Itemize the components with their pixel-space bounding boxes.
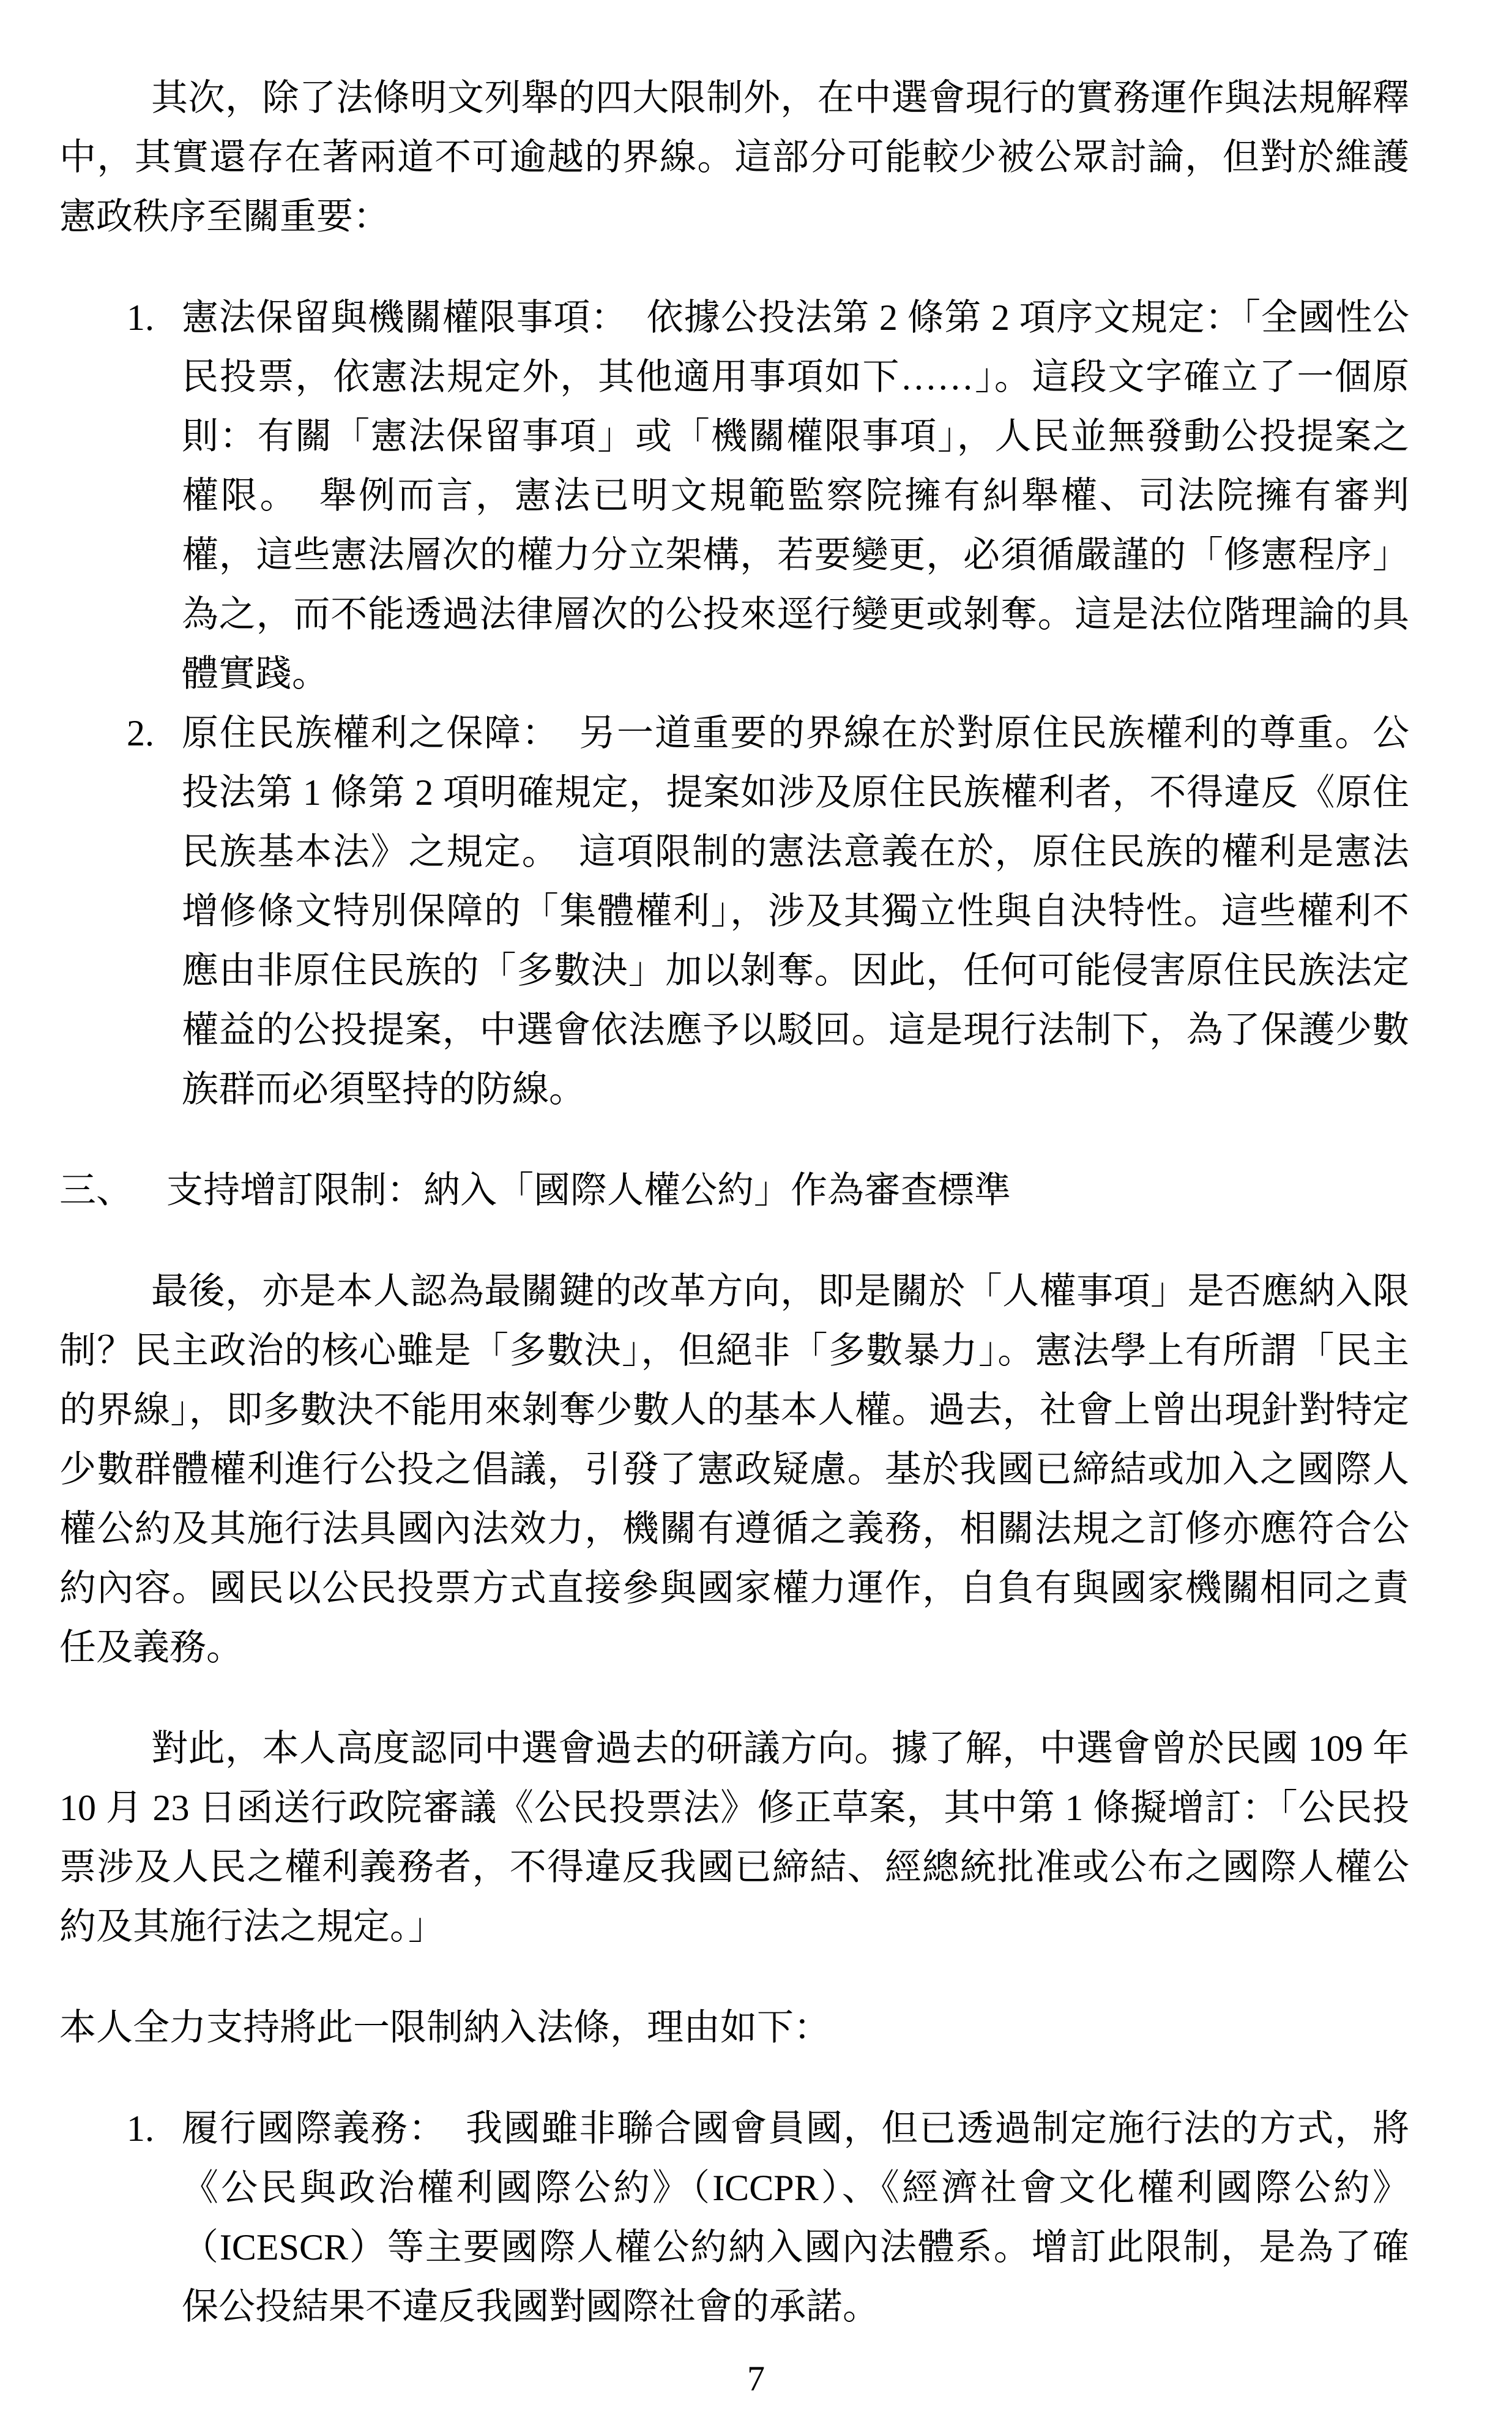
list-item-constitutional-reservation: 1. 憲法保留與機關權限事項： 依據公投法第 2 條第 2 項序文規定：「全國性… bbox=[59, 288, 1409, 704]
list-item-text: 原住民族權利之保障： 另一道重要的界線在於對原住民族權利的尊重。公投法第 1 條… bbox=[182, 713, 1409, 1110]
list-marker: 1. bbox=[127, 288, 154, 348]
constitutional-limits-list: 1. 憲法保留與機關權限事項： 依據公投法第 2 條第 2 項序文規定：「全國性… bbox=[59, 288, 1409, 1119]
list-item-indigenous-rights: 2. 原住民族權利之保障： 另一道重要的界線在於對原住民族權利的尊重。公投法第 … bbox=[59, 704, 1409, 1119]
paragraph-cec-draft: 對此，本人高度認同中選會過去的研議方向。據了解，中選會曾於民國 109 年 10… bbox=[59, 1719, 1409, 1957]
list-item-text: 履行國際義務： 我國雖非聯合國會員國，但已透過制定施行法的方式，將《公民與政治權… bbox=[182, 2108, 1409, 2327]
reasons-list: 1. 履行國際義務： 我國雖非聯合國會員國，但已透過制定施行法的方式，將《公民與… bbox=[59, 2099, 1409, 2337]
list-marker: 1. bbox=[127, 2099, 154, 2159]
paragraph-keypoint: 最後，亦是本人認為最關鍵的改革方向，即是關於「人權事項」是否應納入限制？民主政治… bbox=[59, 1262, 1409, 1678]
list-item-international-obligations: 1. 履行國際義務： 我國雖非聯合國會員國，但已透過制定施行法的方式，將《公民與… bbox=[59, 2099, 1409, 2337]
page-number: 7 bbox=[0, 2349, 1512, 2408]
list-marker: 2. bbox=[127, 704, 154, 763]
paragraph-intro: 其次，除了法條明文列舉的四大限制外，在中選會現行的實務運作與法規解釋中，其實還存… bbox=[59, 69, 1409, 247]
paragraph-support-statement: 本人全力支持將此一限制納入法條，理由如下： bbox=[59, 1998, 1409, 2058]
section-heading-marker: 三、 bbox=[59, 1161, 166, 1220]
list-item-text: 憲法保留與機關權限事項： 依據公投法第 2 條第 2 項序文規定：「全國性公民投… bbox=[182, 297, 1409, 694]
section-heading-title: 支持增訂限制：納入「國際人權公約」作為審查標準 bbox=[166, 1170, 1011, 1211]
document-page: 其次，除了法條明文列舉的四大限制外，在中選會現行的實務運作與法規解釋中，其實還存… bbox=[0, 0, 1512, 2408]
section-heading-three: 三、支持增訂限制：納入「國際人權公約」作為審查標準 bbox=[59, 1161, 1409, 1220]
